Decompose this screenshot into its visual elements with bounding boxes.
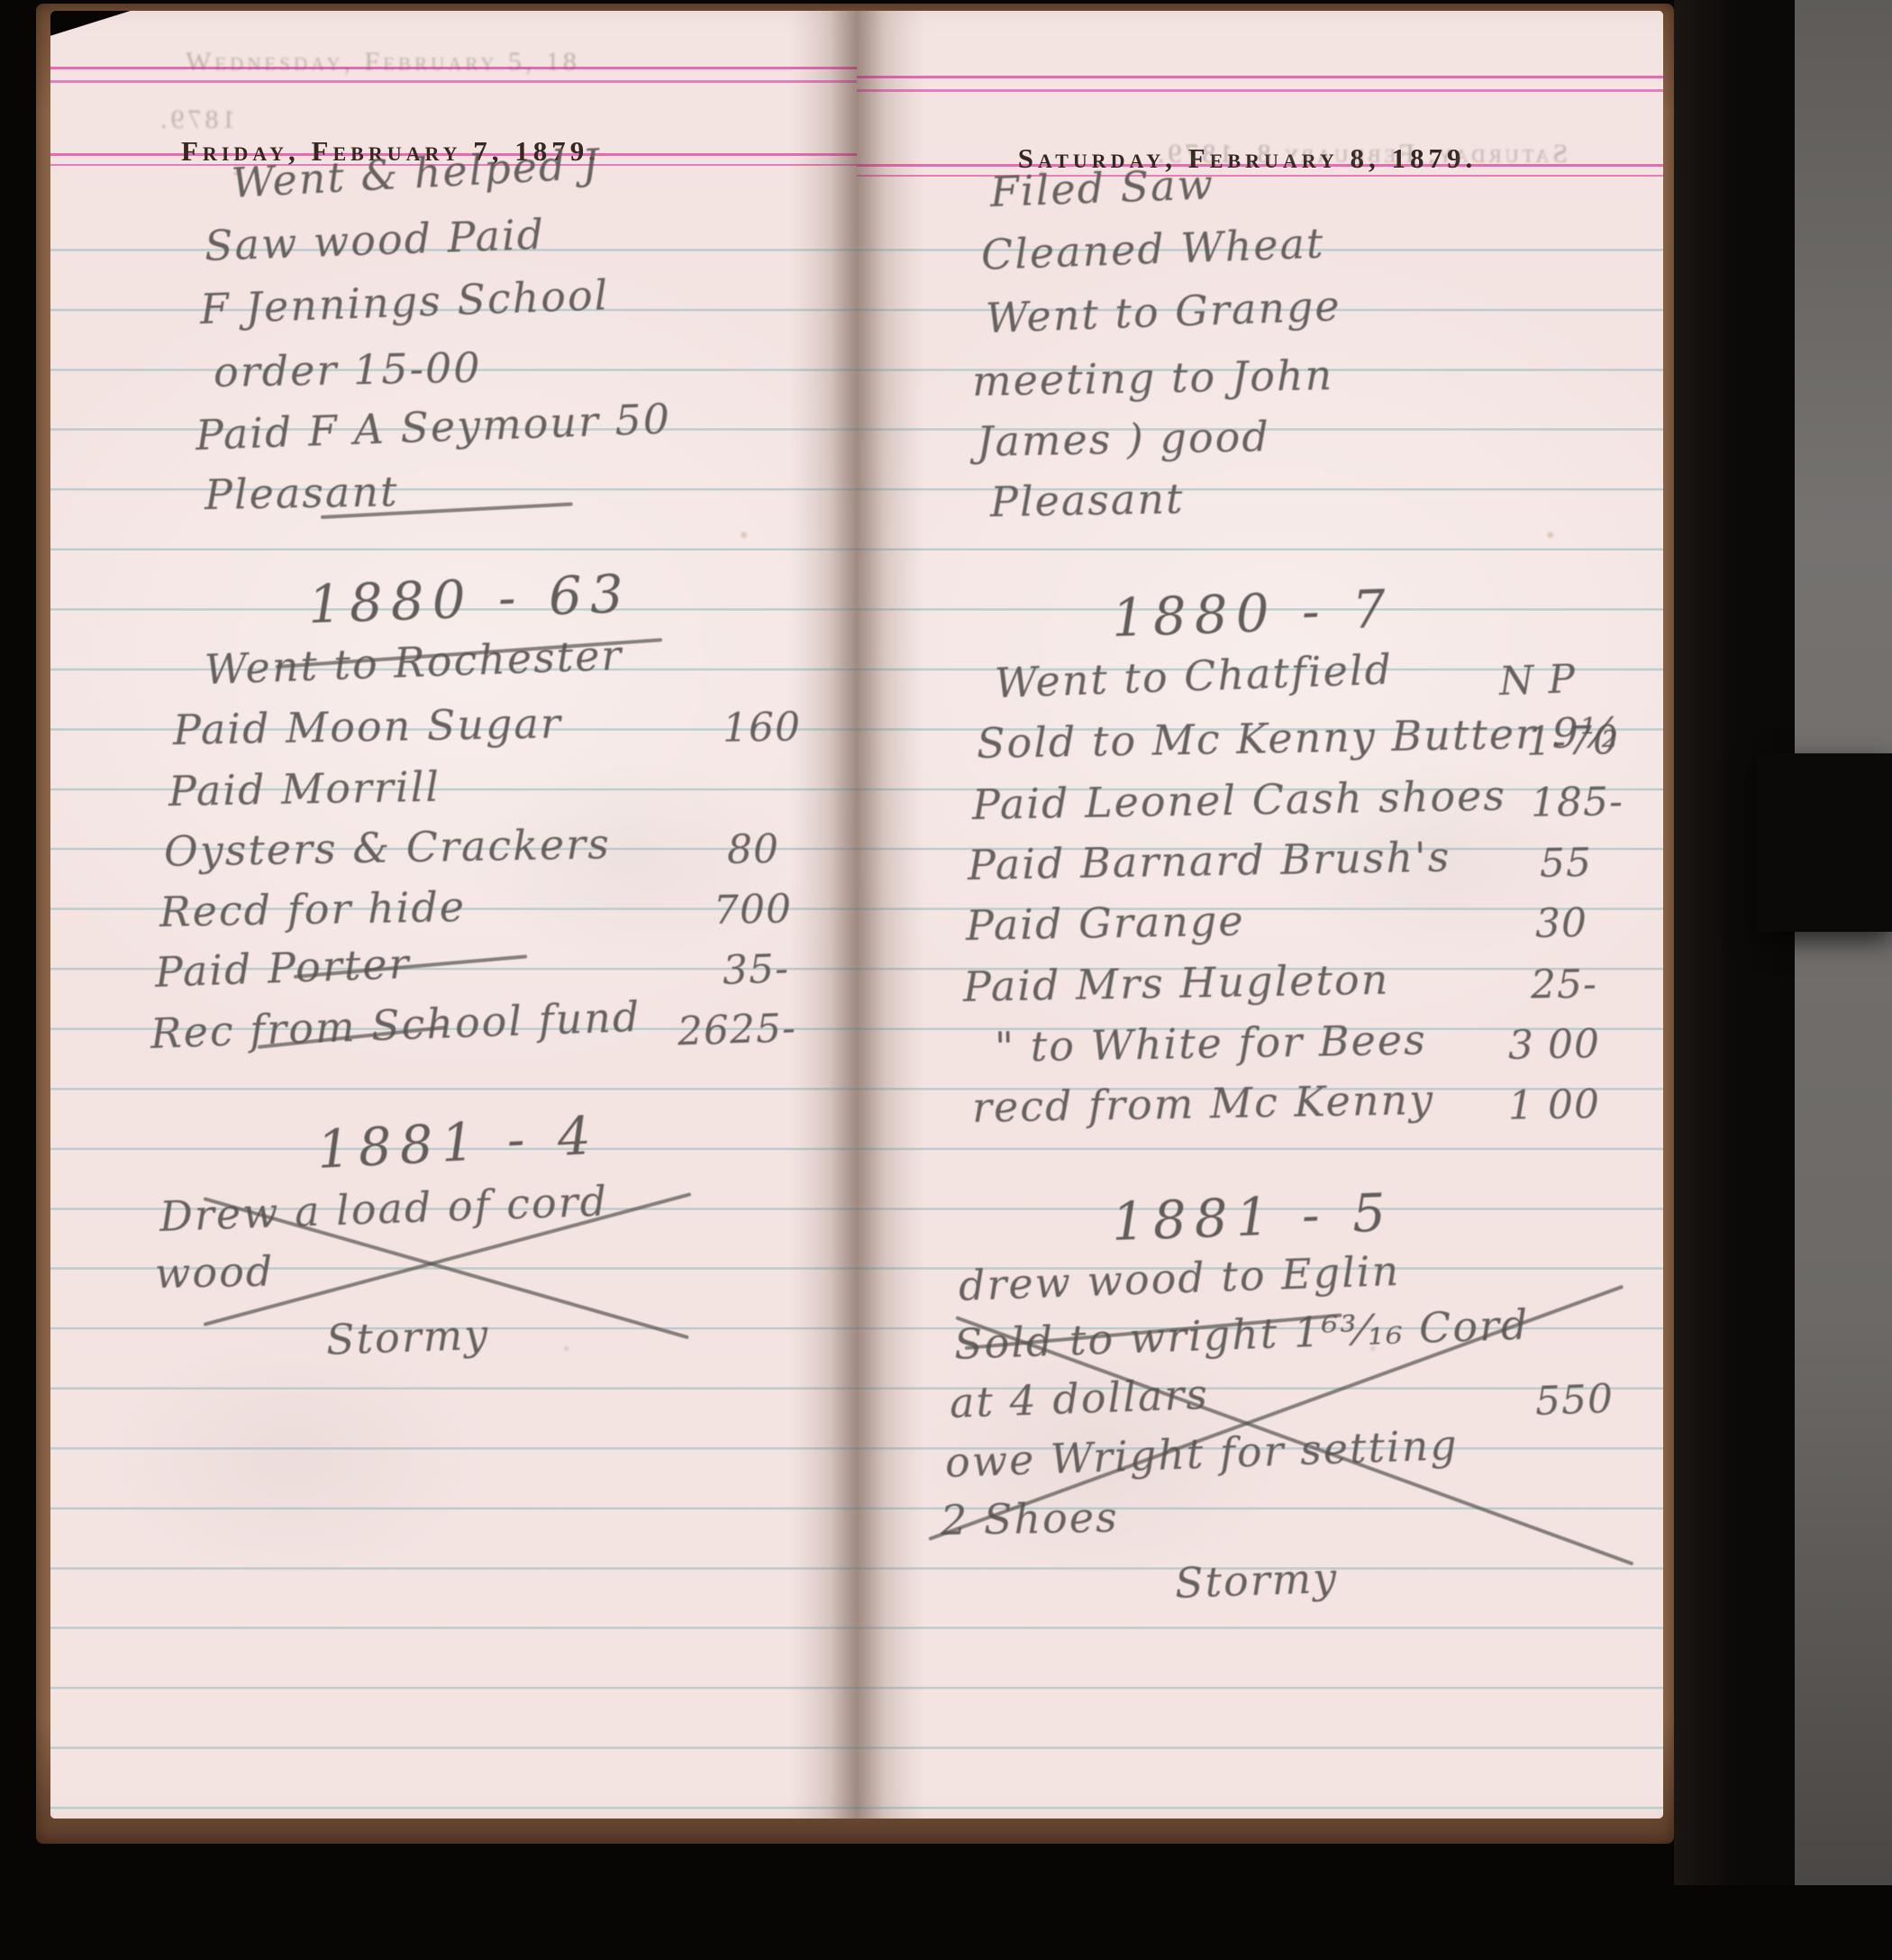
scanner-lid-background: [1795, 0, 1892, 1885]
handwritten-line: Paid Leonel Cash shoes: [972, 775, 1507, 825]
entry-year-heading: 1881 - 4: [315, 1109, 600, 1176]
handwriting-layer-left: Wednesday, February 5, 181879.Went & hel…: [50, 11, 857, 1819]
bleed-through-text: Wednesday, February 5, 18: [186, 47, 580, 77]
ledger-amount: 1-70: [1526, 721, 1620, 762]
handwriting-layer-right: Saturday, February 8, 1879.Filed SawClea…: [857, 11, 1663, 1819]
handwritten-line: James ) good: [977, 415, 1271, 462]
handwritten-line: order 15-00: [214, 347, 482, 393]
handwritten-line: Recd for hide: [159, 886, 467, 933]
handwritten-line: F Jennings School: [199, 274, 610, 330]
handwritten-line: Filed Saw: [989, 163, 1214, 213]
ledger-amount: 80: [727, 830, 780, 871]
ledger-amount: 55: [1540, 843, 1593, 884]
bleed-through-text: 1879.: [157, 105, 236, 135]
entry-year-heading: 1881 - 5: [1111, 1186, 1395, 1248]
handwritten-line: drew wood to Eglin: [958, 1250, 1401, 1307]
ledger-amount: 550: [1534, 1380, 1614, 1422]
ledger-amount: 35-: [722, 949, 789, 991]
handwritten-line: " to White for Bees: [995, 1019, 1427, 1068]
handwritten-line: Saw wood Paid: [204, 214, 546, 267]
ledger-amount: 700: [714, 889, 793, 931]
handwritten-line: Stormy: [325, 1314, 490, 1361]
bleed-through-text: Saturday, February 8, 1879.: [1154, 139, 1568, 169]
handwritten-line: Paid Moon Sugar: [173, 702, 563, 751]
handwritten-line: Went to Rochester: [204, 634, 623, 690]
diary-back-cover-edge: [1674, 0, 1795, 1885]
ledger-amount: 2625-: [677, 1008, 796, 1053]
ledger-amount: 3 00: [1508, 1025, 1601, 1066]
ledger-amount: 25-: [1531, 965, 1598, 1006]
handwritten-line: Oysters & Crackers: [164, 823, 612, 872]
ledger-amount: N P: [1498, 660, 1577, 702]
handwritten-line: Went & helped J: [231, 143, 602, 204]
handwritten-line: Stormy: [1174, 1557, 1339, 1604]
handwritten-line: Paid F A Seymour 50: [195, 398, 672, 456]
handwritten-line: Paid Mrs Hugleton: [963, 959, 1390, 1007]
diary-page-left: Friday, February 7, 1879. Wednesday, Feb…: [50, 11, 857, 1819]
handwritten-line: Paid Barnard Brush's: [968, 836, 1451, 886]
handwritten-line: Went to Chatfield: [994, 649, 1393, 704]
handwritten-line: Rec from School fund: [150, 996, 641, 1054]
handwritten-line: wood: [155, 1251, 275, 1294]
handwritten-line: Went to Grange: [985, 285, 1342, 339]
book-clasp-strap: [1757, 753, 1892, 932]
entry-year-heading: 1880 - 63: [307, 567, 632, 630]
ledger-amount: 30: [1535, 904, 1588, 944]
ledger-amount: 185-: [1531, 782, 1624, 824]
handwritten-line: meeting to John: [972, 354, 1334, 402]
handwritten-line: at 4 dollars: [949, 1373, 1209, 1424]
ledger-amount: 1 00: [1508, 1085, 1601, 1126]
entry-year-heading: 1880 - 7: [1111, 582, 1395, 644]
handwritten-line: Drew a load of cord: [159, 1181, 609, 1237]
diary-page-right: Saturday, February 8, 1879. Saturday, Fe…: [857, 11, 1663, 1819]
handwritten-line: Paid Morrill: [168, 766, 441, 812]
handwritten-line: recd from Mc Kenny: [972, 1079, 1435, 1128]
handwritten-line: Pleasant: [990, 478, 1185, 523]
worn-corner-notch: [50, 11, 177, 41]
binding-gutter-shadow: [789, 11, 924, 1819]
diary-open-spread: Friday, February 7, 1879. Wednesday, Feb…: [50, 11, 1663, 1819]
handwritten-line: Cleaned Wheat: [980, 223, 1325, 276]
handwritten-line: Paid Grange: [966, 900, 1245, 946]
handwritten-line: Pleasant: [205, 470, 399, 515]
handwritten-line: Sold to wright 1⁶³⁄₁₆ Cord: [953, 1304, 1530, 1365]
